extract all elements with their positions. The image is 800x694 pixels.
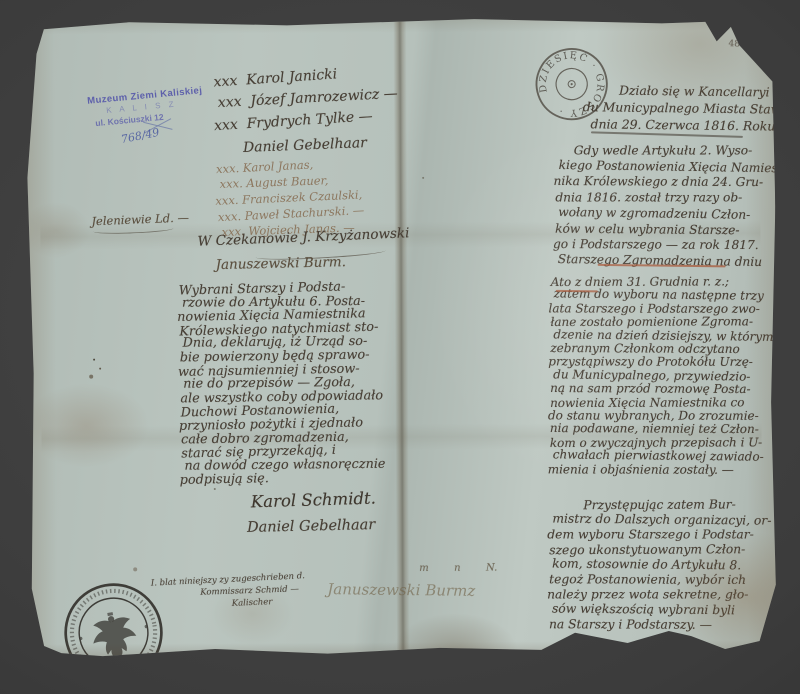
- eagle-seal-icon: [49, 571, 178, 693]
- faint-pen-marks: m n N.: [419, 562, 497, 573]
- handwritten-line: Januszewski Burm.: [215, 254, 346, 273]
- photo-background: Muzeum Ziemi Kaliskiej K A L I S Z ul. K…: [0, 0, 800, 694]
- handwritten-line: Dnia, deklarują, iż Urząd so-: [183, 335, 427, 351]
- handwritten-line: należy przez wota sekretne, gło-: [547, 588, 781, 603]
- manuscript-sheet: Muzeum Ziemi Kaliskiej K A L I S Z ul. K…: [24, 11, 777, 667]
- handwritten-line: do stanu wybranych, Do zrozumie-: [548, 409, 780, 423]
- handwritten-line: szego ukonstytuowanym Człon-: [549, 542, 783, 558]
- handwritten-line: du Municypalnego, przywiedzio-: [553, 368, 785, 384]
- signature-karol-schmidt: Karol Schmidt.: [251, 489, 377, 512]
- handwritten-line: nika Królewskiego z dnia 24. Gru-: [553, 174, 781, 191]
- handwritten-line: tegoż Postanowienia, wybór ich: [549, 572, 783, 588]
- protocol-paragraph-2: Ato z dniem 31. Grudnia r. z.;zatem do w…: [550, 275, 783, 477]
- protocol-paragraph-1: Gdy wedle Artykułu 2. Wyso-kiego Postano…: [555, 143, 784, 271]
- protocol-heading: Działo się w Kancellaryi Urzę-du Municyp…: [560, 82, 800, 136]
- declaration-paragraph: Wybrani Starszy i Podsta-rzowie do Artyk…: [179, 280, 426, 488]
- handwritten-line: nie do przepisów — Zgoła,: [183, 375, 427, 391]
- handwritten-line: wołany w zgromadzeniu Człon-: [558, 205, 786, 224]
- pencil-page-number: 48: [728, 39, 740, 50]
- verso-annotation: I. blat niniejszy zy zugeschrieben d.Kom…: [151, 571, 306, 613]
- handwritten-line: Kalischer: [232, 595, 305, 610]
- handwritten-line: Starszego Zgromadzenia na dniu: [558, 252, 786, 271]
- witness-signatures-dark: xxx Karol Janickixxx Józef Jamrozewicz —…: [213, 60, 397, 136]
- handwritten-line: kom, stosownie do Artykułu 8.: [552, 557, 786, 574]
- handwritten-line: 48: [728, 39, 740, 50]
- handwritten-line: sów większością wybrani byli: [552, 602, 786, 619]
- handwritten-line: m n N.: [419, 562, 497, 573]
- ink-specks: [93, 359, 95, 361]
- handwritten-line: ków w celu wybrania Starsze-: [555, 221, 783, 239]
- handwritten-line: Daniel Gebelhaar: [247, 517, 376, 536]
- handwritten-line: dem wyboru Starszego i Podstar-: [547, 528, 781, 543]
- handwritten-line: Daniel Gebelhaar: [243, 135, 367, 156]
- faded-mayor-signature: Januszewski Burmz: [327, 580, 475, 600]
- handwritten-line: Karol Schmidt.: [251, 489, 377, 512]
- handwritten-line: podpisują się.: [180, 470, 424, 488]
- witness-signature-gebelhaar: Daniel Gebelhaar: [243, 135, 367, 156]
- handwritten-line: mistrz do Dalszych organizacyi, or-: [552, 512, 786, 529]
- handwritten-line: na Starszy i Podstarszy. —: [549, 617, 783, 633]
- handwritten-line: mienia i objaśnienia zostały. —: [548, 463, 780, 477]
- handwritten-line: Przystępując zatem Bur-: [583, 497, 783, 513]
- protocol-paragraph-3: Przystępując zatem Bur-mistrz do Dalszyc…: [549, 497, 783, 633]
- handwritten-line: Januszewski Burmz: [327, 580, 475, 600]
- handwritten-line: dzenie na dzień dzisiejszy, w którym: [553, 328, 785, 344]
- handwritten-line: dnia 1816. został trzy razy ob-: [555, 191, 783, 207]
- handwritten-line: Gdy wedle Artykułu 2. Wyso-: [574, 144, 784, 160]
- signature-daniel-gebelhaar: Daniel Gebelhaar: [247, 517, 376, 536]
- mayor-signature-line: Januszewski Burm.: [215, 254, 346, 273]
